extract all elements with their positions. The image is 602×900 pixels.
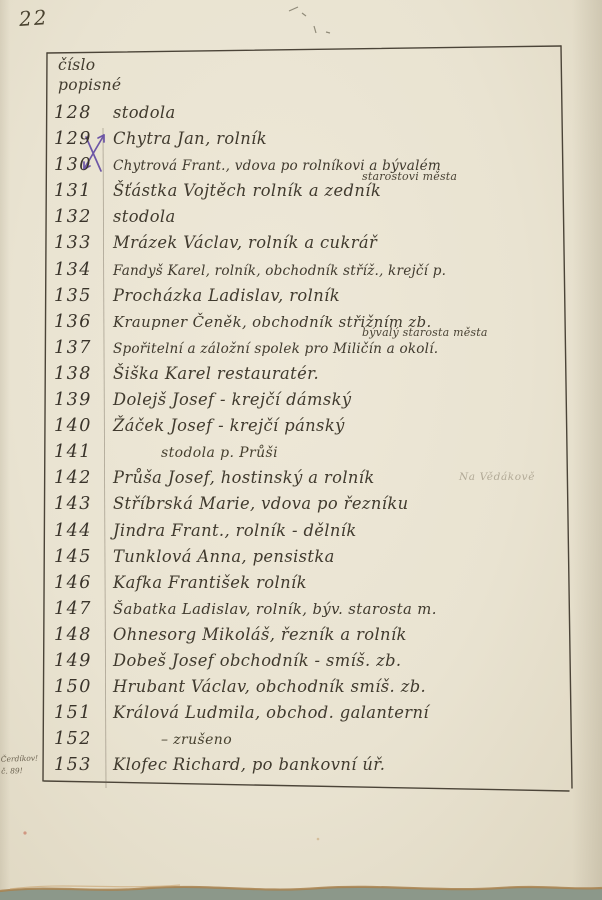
- entry-text: stodola: [113, 103, 176, 122]
- entry-text: Šabatka Ladislav, rolník, býv. starosta …: [113, 601, 437, 618]
- entry-text: Spořitelní a záložní spolek pro Miličín …: [113, 341, 438, 357]
- entry-text: Stříbrská Marie, vdova po řezníku: [113, 494, 409, 513]
- column-header-line1: číslo: [58, 55, 560, 75]
- register-table: číslo popisné 128stodola129Chytra Jan, r…: [47, 55, 560, 781]
- entry-text: Chytra Jan, rolník: [113, 129, 267, 148]
- entry-text: Šťástka Vojtěch rolník a zedník: [113, 181, 381, 200]
- table-row: 130Chytrová Frant., vdova po rolníkovi a…: [47, 155, 560, 181]
- table-row: 145Tunklová Anna, pensistka: [47, 547, 560, 573]
- entry-text: Králová Ludmila, obchod. galanterní: [113, 703, 429, 722]
- table-row: 153Klofec Richard, po bankovní úř.: [47, 755, 560, 781]
- entry-text: Mrázek Václav, rolník a cukrář: [113, 233, 377, 252]
- margin-note: Čerdíkov! č. 89!: [1, 752, 48, 778]
- torn-edge-highlight: [10, 885, 180, 889]
- table-row: 140Žáček Josef - krejčí pánský: [47, 416, 560, 442]
- house-number: 134: [54, 260, 106, 280]
- entry-text: Žáček Josef - krejčí pánský: [113, 416, 345, 435]
- scan-page: { "page": { "number": "22", "margin_note…: [0, 0, 602, 900]
- entry-text: Kafka František rolník: [113, 573, 307, 592]
- entry-text: Hrubant Václav, obchodník smíš. zb.: [113, 677, 426, 696]
- entry-text: Dobeš Josef obchodník - smíš. zb.: [113, 651, 402, 670]
- house-number: 152: [54, 729, 106, 749]
- entry-text: Jindra Frant., rolník - dělník: [113, 521, 357, 540]
- entry-text: Procházka Ladislav, rolník: [113, 286, 340, 305]
- entry-text: Ohnesorg Mikoláš, řezník a rolník: [113, 625, 407, 644]
- column-header-line2: popisné: [58, 75, 560, 95]
- interlinear-note: starostovi města: [362, 170, 457, 183]
- house-number: 135: [54, 286, 106, 306]
- table-row: 131Šťástka Vojtěch rolník a zedník: [47, 181, 560, 207]
- table-row: 135Procházka Ladislav, rolník: [47, 286, 560, 312]
- house-number: 136: [54, 312, 106, 332]
- table-row: 132stodola: [47, 207, 560, 233]
- table-row: 133Mrázek Václav, rolník a cukrář: [47, 233, 560, 259]
- book-edge-band: [0, 887, 602, 900]
- column-header: číslo popisné: [47, 55, 560, 96]
- table-row: 152– zrušeno: [47, 729, 560, 755]
- entry-text: stodola p. Průši: [161, 445, 278, 461]
- entry-text: Tunklová Anna, pensistka: [113, 547, 335, 566]
- house-number: 147: [54, 599, 106, 619]
- table-row: 138Šiška Karel restauratér.: [47, 364, 560, 390]
- table-row: 150Hrubant Václav, obchodník smíš. zb.: [47, 677, 560, 703]
- ink-specks: [289, 7, 602, 62]
- house-number: 141: [54, 442, 106, 462]
- table-row: 139Dolejš Josef - krejčí dámský: [47, 390, 560, 416]
- house-number: 150: [54, 677, 106, 697]
- torn-edge-line: [0, 887, 602, 891]
- table-row: 143Stříbrská Marie, vdova po řezníku: [47, 494, 560, 520]
- table-row: 128stodola: [47, 103, 560, 129]
- table-row: 147Šabatka Ladislav, rolník, býv. staros…: [47, 599, 560, 625]
- table-row: 151Králová Ludmila, obchod. galanterní: [47, 703, 560, 729]
- house-number: 149: [54, 651, 106, 671]
- house-number: 153: [54, 755, 106, 775]
- entry-text: stodola: [113, 207, 176, 226]
- house-number: 146: [54, 573, 106, 593]
- entry-text: Klofec Richard, po bankovní úř.: [113, 755, 385, 774]
- house-number: 151: [54, 703, 106, 723]
- interlinear-note: bývalý starosta města: [362, 326, 488, 339]
- house-number: 130: [54, 155, 106, 175]
- table-rows: 128stodola129Chytra Jan, rolník130Chytro…: [47, 103, 560, 781]
- house-number: 144: [54, 521, 106, 541]
- house-number: 133: [54, 233, 106, 253]
- stain-dot: [23, 831, 26, 834]
- house-number: 142: [54, 468, 106, 488]
- entry-text: – zrušeno: [161, 732, 232, 748]
- house-number: 129: [54, 129, 106, 149]
- house-number: 128: [54, 103, 106, 123]
- table-row: 148Ohnesorg Mikoláš, řezník a rolník: [47, 625, 560, 651]
- house-number: 132: [54, 207, 106, 227]
- stain-dot: [317, 838, 320, 841]
- table-row: 136Kraupner Čeněk, obchodník střižním zb…: [47, 312, 560, 338]
- entry-text: Dolejš Josef - krejčí dámský: [113, 390, 352, 409]
- entry-text: Průša Josef, hostinský a rolník: [113, 468, 375, 487]
- entry-text: Fandyš Karel, rolník, obchodník stříž., …: [113, 263, 446, 279]
- house-number: 145: [54, 547, 106, 567]
- house-number: 139: [54, 390, 106, 410]
- table-row: 149Dobeš Josef obchodník - smíš. zb.: [47, 651, 560, 677]
- house-number: 148: [54, 625, 106, 645]
- house-number: 137: [54, 338, 106, 358]
- entry-text: Šiška Karel restauratér.: [113, 364, 319, 383]
- page-number: 22: [18, 5, 49, 31]
- table-row: 142Průša Josef, hostinský a rolníkNa Věd…: [47, 468, 560, 494]
- table-row: 146Kafka František rolník: [47, 573, 560, 599]
- house-number: 131: [54, 181, 106, 201]
- margin-note-line2: č. 89!: [1, 764, 47, 778]
- table-row: 141stodola p. Průši: [47, 442, 560, 468]
- page-right-shadow: [572, 0, 602, 900]
- house-number: 138: [54, 364, 106, 384]
- house-number: 140: [54, 416, 106, 436]
- pencil-annotation: Na Vědákově: [459, 471, 535, 483]
- table-row: 129Chytra Jan, rolník: [47, 129, 560, 155]
- table-row: 134Fandyš Karel, rolník, obchodník stříž…: [47, 260, 560, 286]
- table-row: 144Jindra Frant., rolník - dělník: [47, 521, 560, 547]
- house-number: 143: [54, 494, 106, 514]
- table-row: 137Spořitelní a záložní spolek pro Milič…: [47, 338, 560, 364]
